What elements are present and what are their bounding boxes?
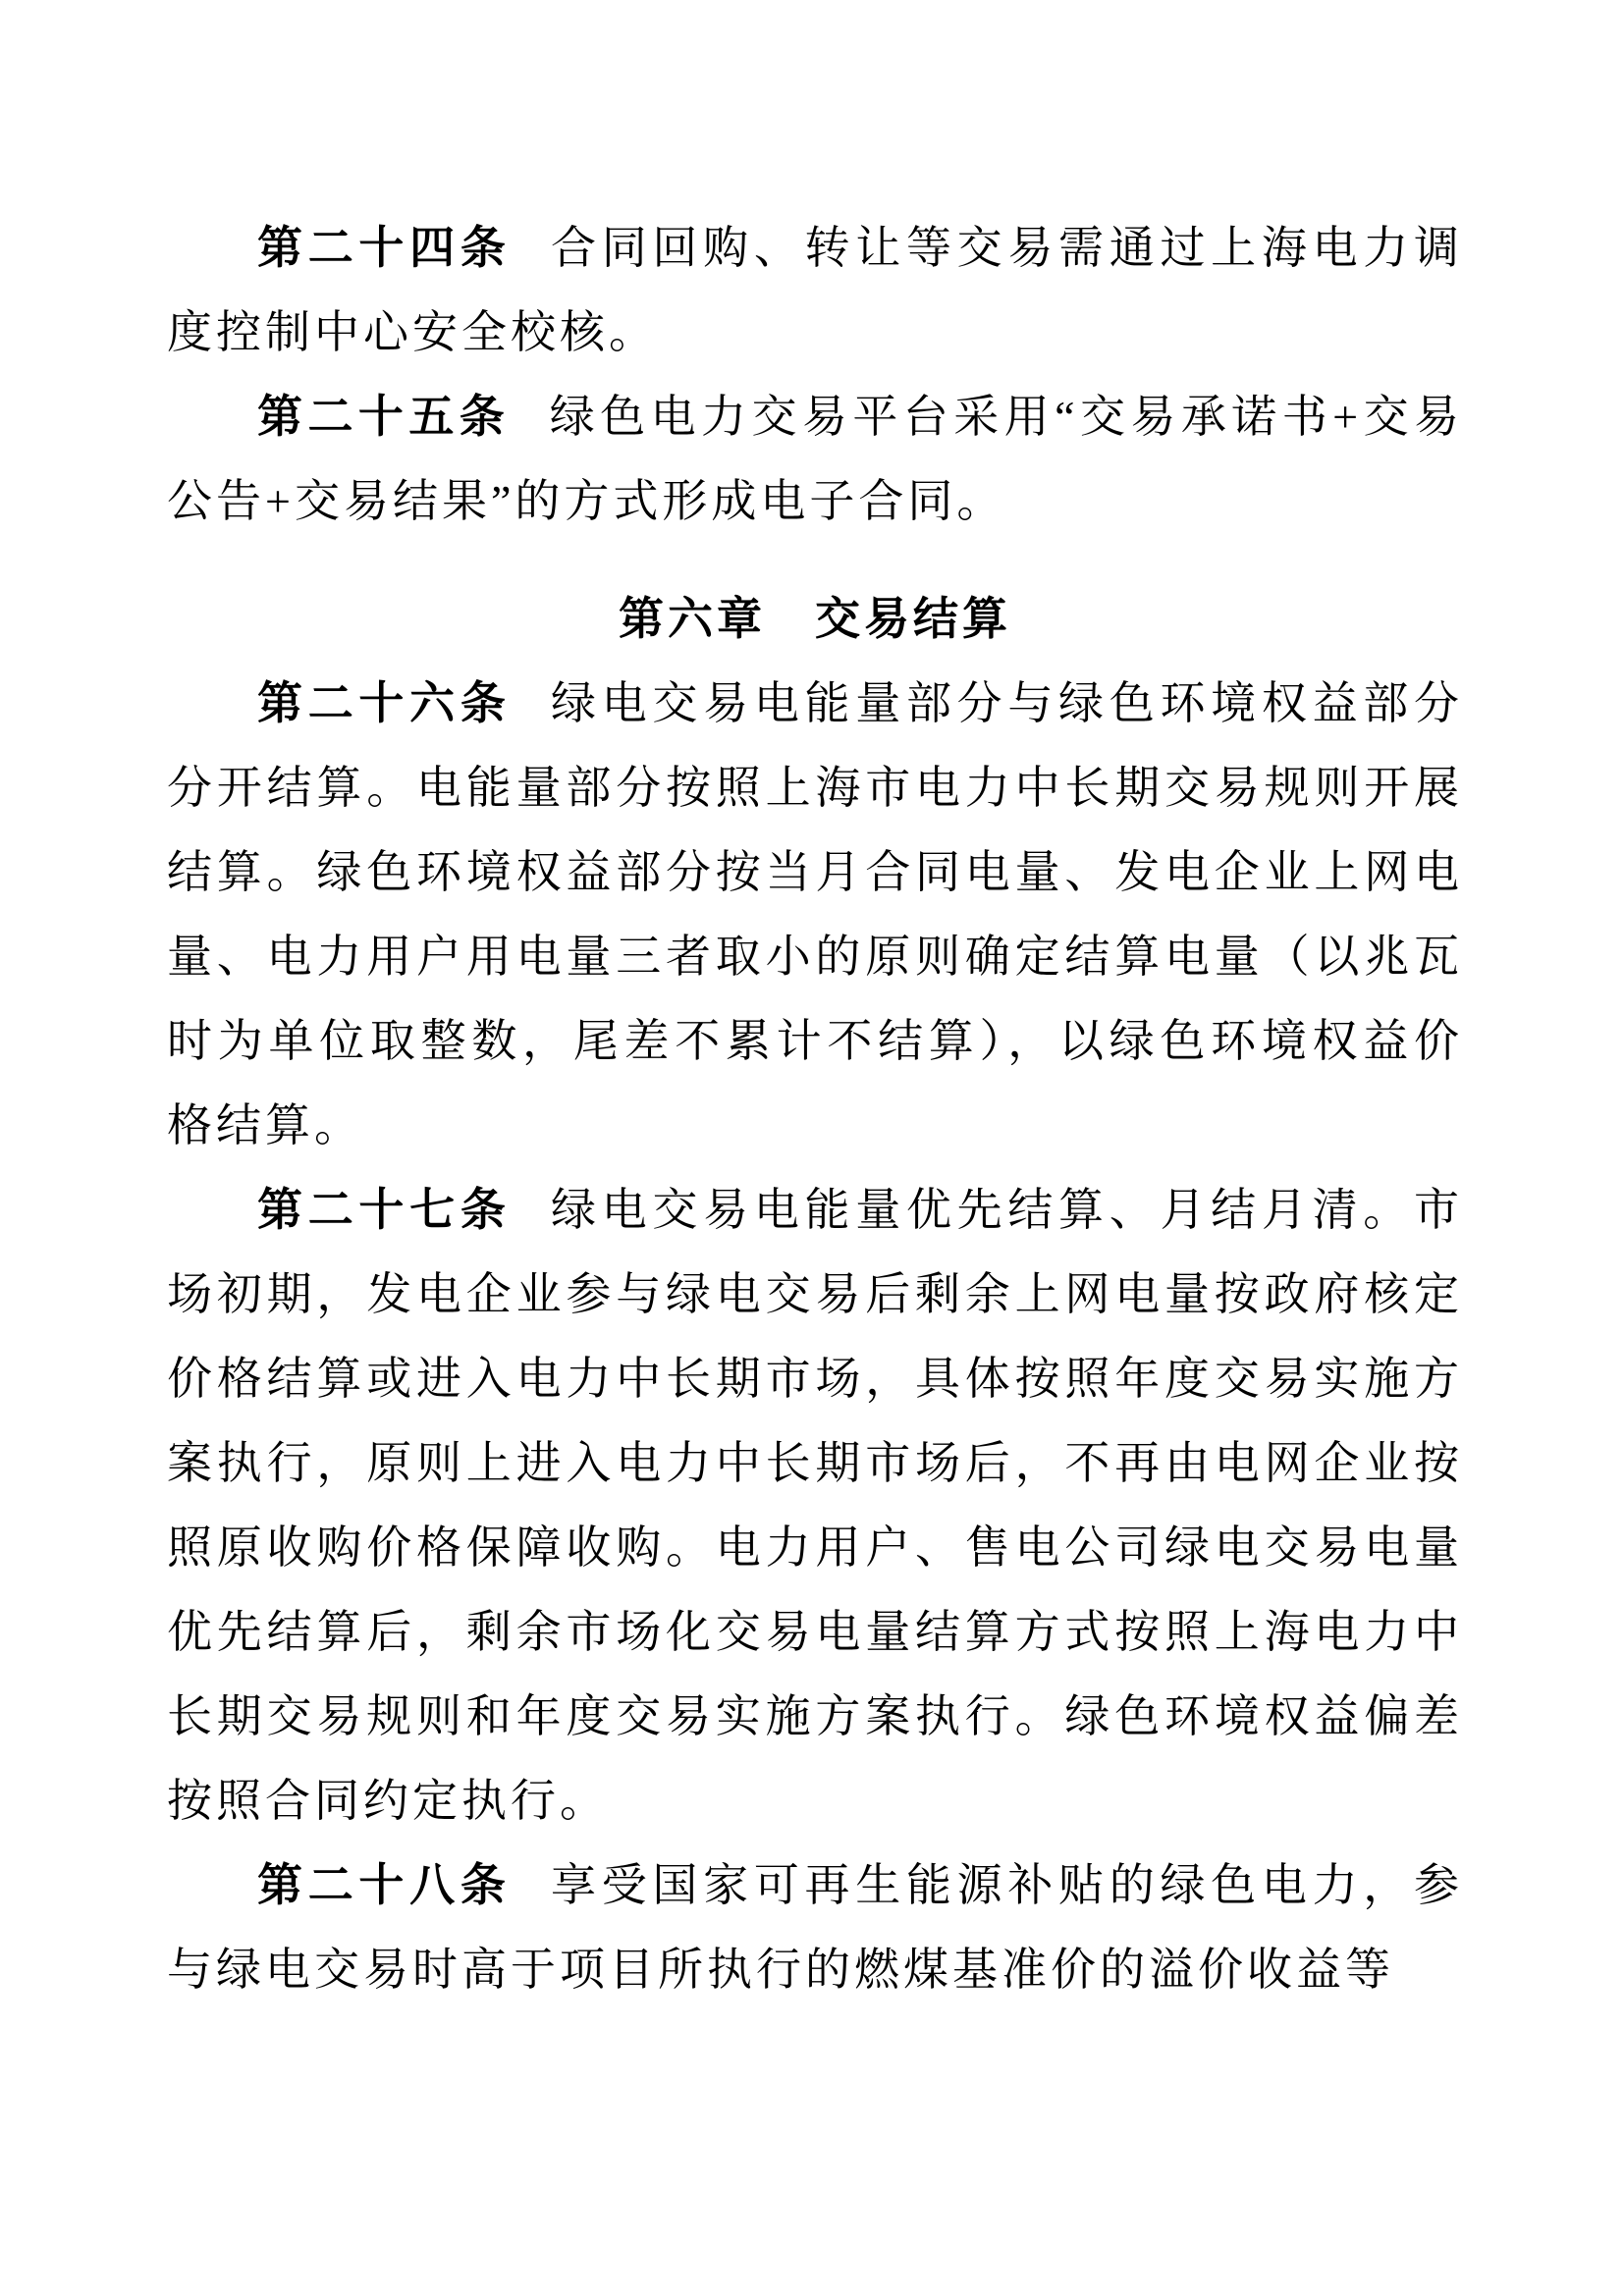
article-28-label: 第二十八条 [257,1860,512,1910]
article-27-paragraph: 第二十七条绿电交易电能量优先结算、月结月清。市场初期，发电企业参与绿电交易后剩余… [167,1168,1463,1843]
document-page: 第二十四条合同回购、转让等交易需通过上海电力调度控制中心安全校核。 第二十五条绿… [0,0,1624,2296]
article-27-body: 绿电交易电能量优先结算、月结月清。市场初期，发电企业参与绿电交易后剩余上网电量按… [167,1185,1463,1826]
chapter-heading: 第六章 交易结算 [167,577,1463,662]
article-25-paragraph: 第二十五条绿色电力交易平台采用“交易承诺书+交易公告+交易结果”的方式形成电子合… [167,375,1463,544]
article-26-body: 绿电交易电能量部分与绿色环境权益部分分开结算。电能量部分按照上海市电力中长期交易… [167,678,1463,1150]
article-24-label: 第二十四条 [257,223,512,273]
article-25-label: 第二十五条 [257,392,510,442]
article-24-paragraph: 第二十四条合同回购、转让等交易需通过上海电力调度控制中心安全校核。 [167,206,1463,375]
article-26-paragraph: 第二十六条绿电交易电能量部分与绿色环境权益部分分开结算。电能量部分按照上海市电力… [167,662,1463,1168]
article-26-label: 第二十六条 [257,678,512,728]
article-28-paragraph: 第二十八条享受国家可再生能源补贴的绿色电力，参与绿电交易时高于项目所执行的燃煤基… [167,1843,1463,2012]
article-27-label: 第二十七条 [257,1185,512,1235]
document-body: 第二十四条合同回购、转让等交易需通过上海电力调度控制中心安全校核。 第二十五条绿… [167,206,1463,2012]
